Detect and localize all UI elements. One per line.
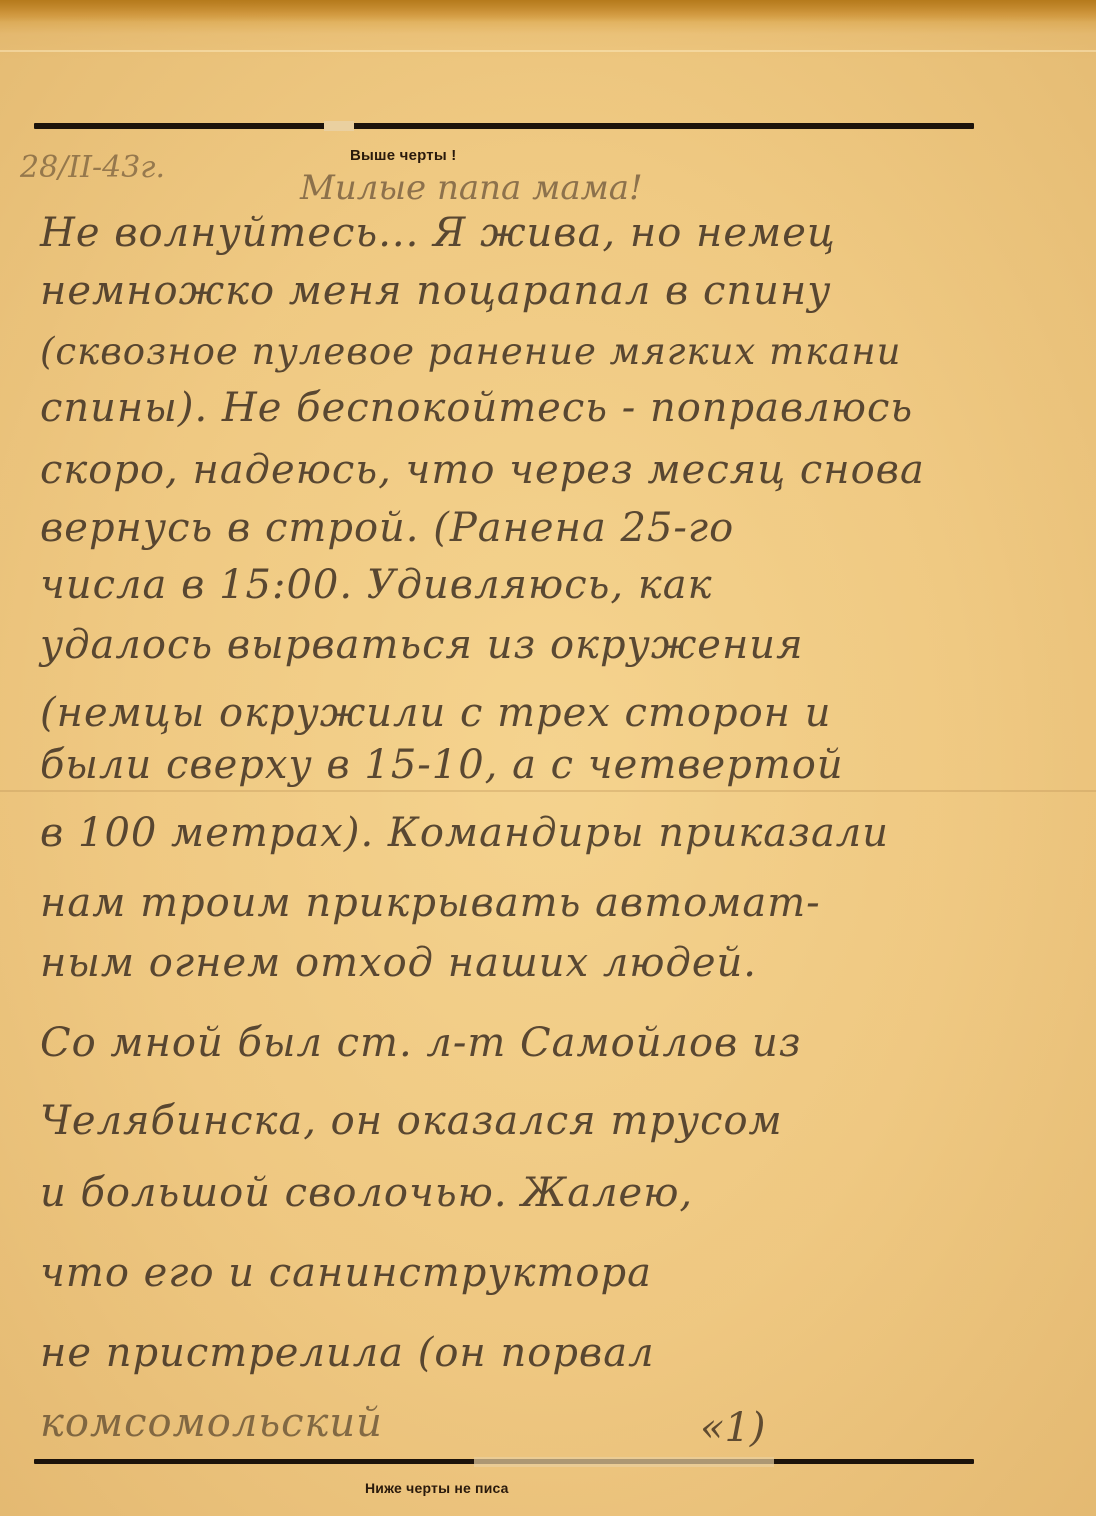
letter-line: ным огнем отход наших людей. (40, 940, 757, 986)
bottom-rule-line (34, 1459, 974, 1464)
letter-line: спины). Не беспокойтесь - поправлюсь (40, 385, 913, 431)
handwritten-body: 28/II-43г. Милые папа мама! Не волнуйтес… (0, 0, 1096, 1516)
letter-line: не пристрелила (он порвал (40, 1330, 655, 1376)
letter-line: вернусь в строй. (Ранена 25-го (40, 505, 734, 551)
letter-date: 28/II-43г. (20, 150, 165, 185)
letter-line: комсомольский (40, 1400, 383, 1446)
letter-line: скоро, надеюсь, что через месяц снова (40, 447, 925, 493)
letter-line: Челябинска, он оказался трусом (40, 1098, 783, 1144)
letter-line: (сквозное пулевое ранение мягких ткани (40, 330, 902, 373)
letter-line: (немцы окружили с трех сторон и (40, 690, 831, 736)
printed-footer-text: Ниже черты не писа (365, 1480, 509, 1496)
letter-line: немножко меня поцарапал в спину (40, 268, 831, 314)
letter-line: Со мной был ст. л-т Самойлов из (40, 1020, 802, 1066)
letter-line: Не волнуйтесь... Я жива, но немец (40, 210, 836, 256)
letter-line: в 100 метрах). Командиры приказали (40, 810, 889, 856)
letter-line: что его и санинструктора (40, 1250, 652, 1296)
letter-line: нам троим прикрывать автомат- (40, 880, 821, 926)
letter-line: были сверху в 15-10, а с четвертой (40, 742, 844, 788)
letter-line: удалось вырваться из окружения (40, 622, 804, 668)
letter-line: и большой сволочью. Жалею, (40, 1170, 693, 1216)
trailing-mark: «1) (700, 1405, 766, 1451)
letter-page: Выше черты ! 28/II-43г. Милые папа мама!… (0, 0, 1096, 1516)
letter-line: числа в 15:00. Удивляюсь, как (40, 562, 712, 608)
letter-greeting: Милые папа мама! (300, 168, 643, 208)
